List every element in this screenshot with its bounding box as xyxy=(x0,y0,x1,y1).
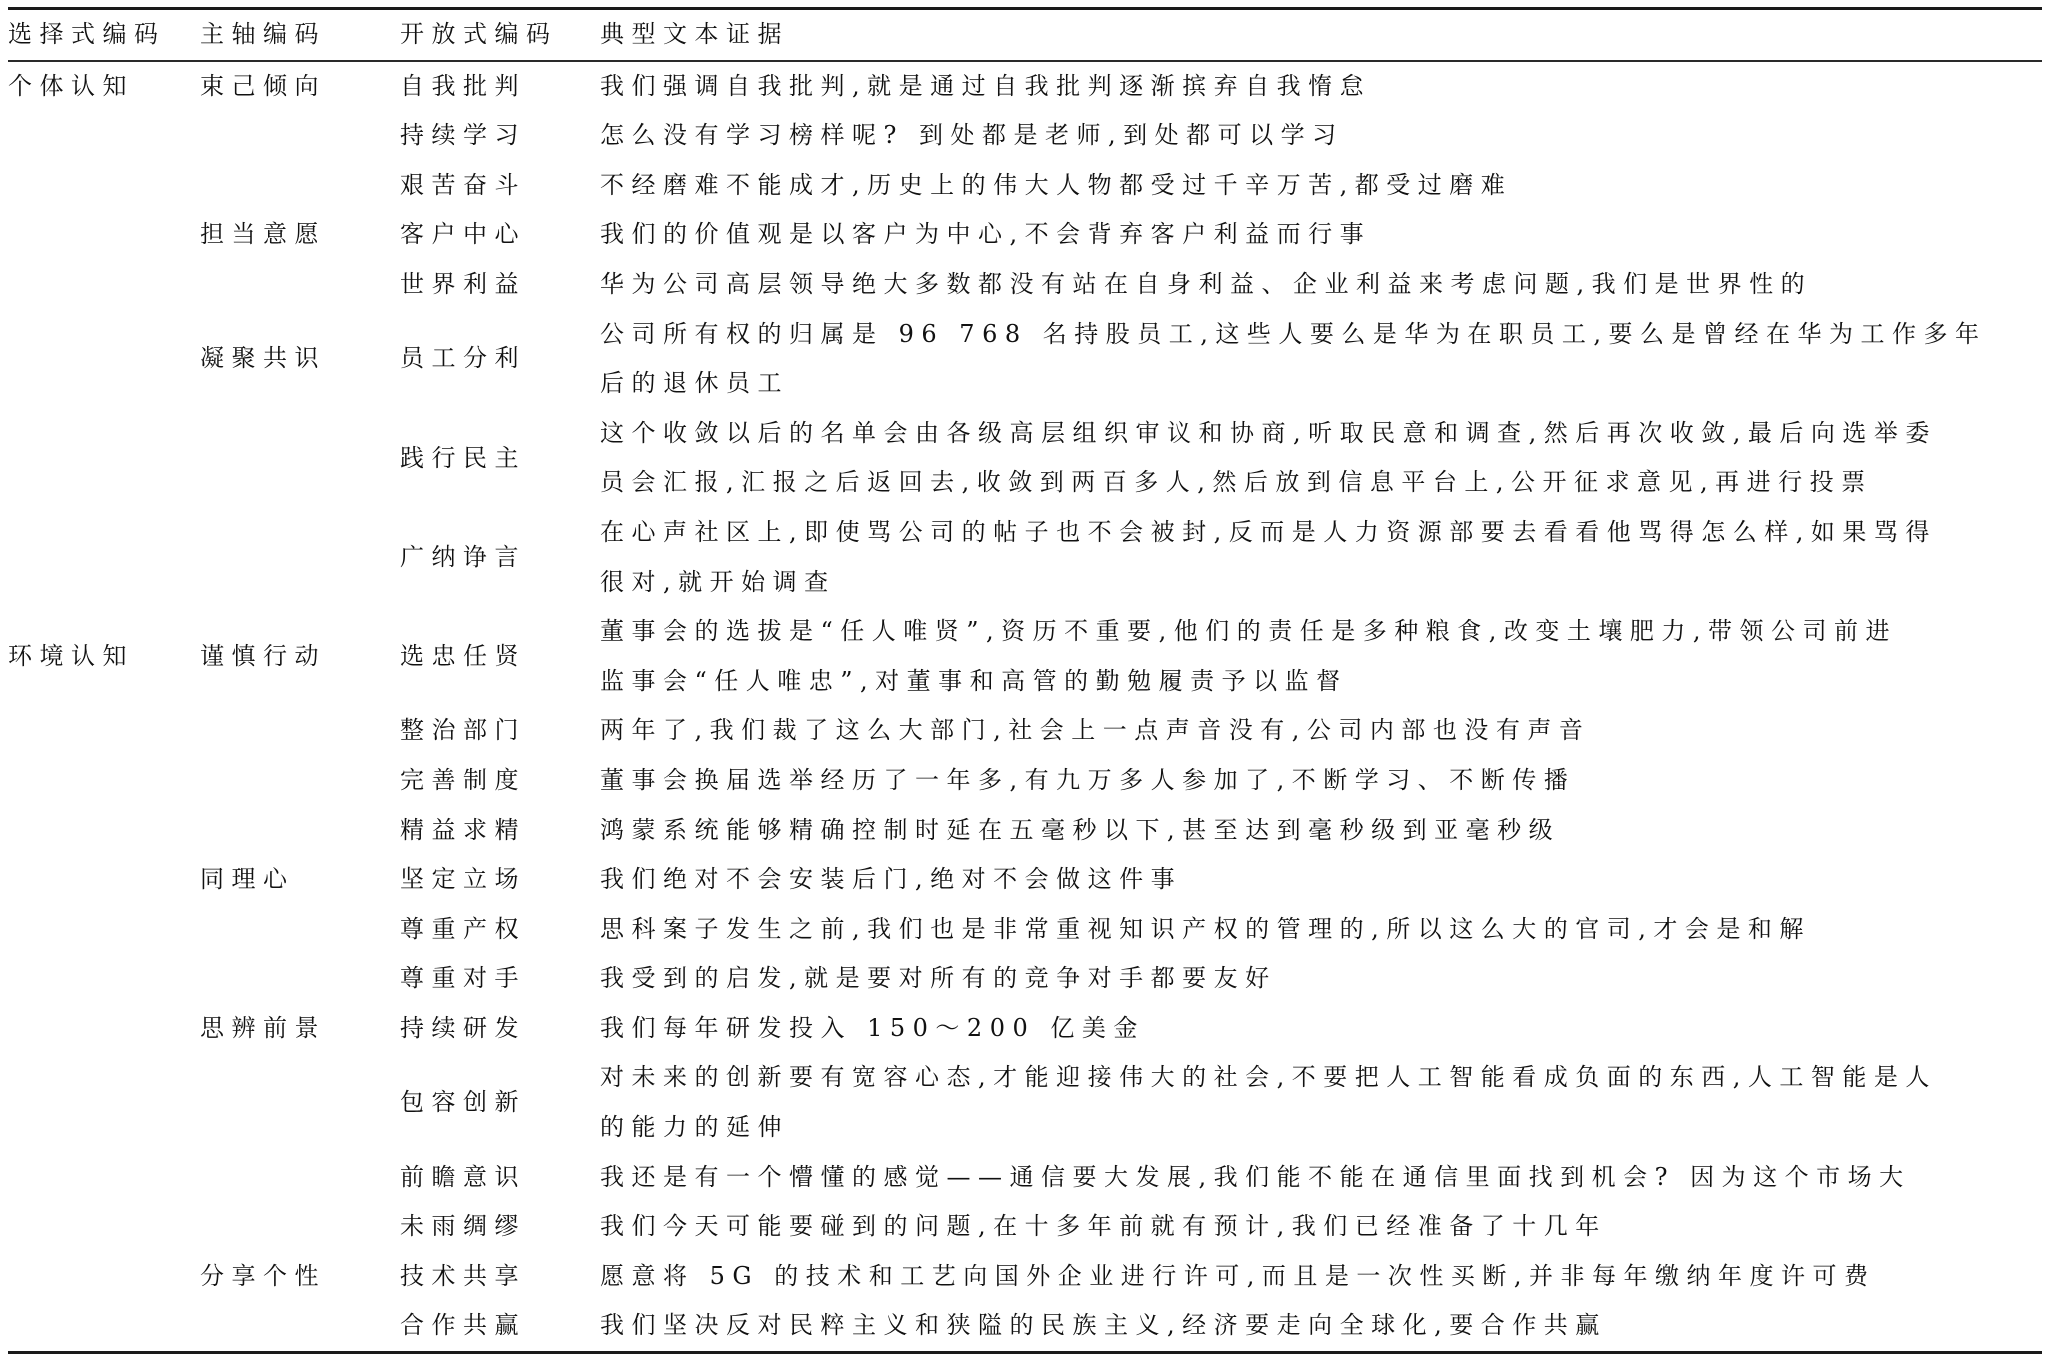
table-row: 凝聚共识员工分利公司所有权的归属是 96 768 名持股员工,这些人要么是华为在… xyxy=(8,310,2042,409)
evidence-cell: 思科案子发生之前,我们也是非常重视知识产权的管理的,所以这么大的官司,才会是和解 xyxy=(600,905,2042,955)
axial-code-cell xyxy=(200,954,400,1004)
table-header: 选择式编码 主轴编码 开放式编码 典型文本证据 xyxy=(8,10,2042,60)
evidence-cell: 华为公司高层领导绝大多数都没有站在自身利益、企业利益来考虑问题,我们是世界性的 xyxy=(600,260,2042,310)
evidence-line: 我们绝对不会安装后门,绝对不会做这件事 xyxy=(600,855,2042,905)
bottom-rule xyxy=(8,1351,2042,1354)
axial-code-cell xyxy=(200,508,400,607)
open-code-cell: 员工分利 xyxy=(400,310,600,409)
evidence-cell: 我们绝对不会安装后门,绝对不会做这件事 xyxy=(600,855,2042,905)
open-code-cell: 完善制度 xyxy=(400,756,600,806)
selective-code-cell xyxy=(8,855,200,905)
axial-code-cell xyxy=(200,161,400,211)
evidence-line: 我们每年研发投入 150～200 亿美金 xyxy=(600,1004,2042,1054)
table-row: 个体认知束己倾向自我批判我们强调自我批判,就是通过自我批判逐渐摈弃自我惰怠 xyxy=(8,62,2042,112)
selective-code-cell xyxy=(8,508,200,607)
evidence-line: 监事会“任人唯忠”,对董事和高管的勤勉履责予以监督 xyxy=(600,657,2042,707)
table-row: 持续学习怎么没有学习榜样呢? 到处都是老师,到处都可以学习 xyxy=(8,111,2042,161)
coding-table-body: 个体认知束己倾向自我批判我们强调自我批判,就是通过自我批判逐渐摈弃自我惰怠持续学… xyxy=(8,62,2042,1351)
selective-code-cell xyxy=(8,1053,200,1152)
table-row: 未雨绸缪我们今天可能要碰到的问题,在十多年前就有预计,我们已经准备了十几年 xyxy=(8,1202,2042,1252)
evidence-line: 员会汇报,汇报之后返回去,收敛到两百多人,然后放到信息平台上,公开征求意见,再进… xyxy=(600,458,2042,508)
axial-code-cell: 凝聚共识 xyxy=(200,310,400,409)
evidence-cell: 董事会的选拔是“任人唯贤”,资历不重要,他们的责任是多种粮食,改变土壤肥力,带领… xyxy=(600,607,2042,706)
header-selective-coding: 选择式编码 xyxy=(8,10,200,60)
evidence-line: 很对,就开始调查 xyxy=(600,558,2042,608)
evidence-line: 后的退休员工 xyxy=(600,359,2042,409)
evidence-cell: 董事会换届选举经历了一年多,有九万多人参加了,不断学习、不断传播 xyxy=(600,756,2042,806)
evidence-cell: 我们每年研发投入 150～200 亿美金 xyxy=(600,1004,2042,1054)
table-row: 广纳诤言在心声社区上,即使骂公司的帖子也不会被封,反而是人力资源部要去看看他骂得… xyxy=(8,508,2042,607)
table-row: 尊重对手我受到的启发,就是要对所有的竞争对手都要友好 xyxy=(8,954,2042,1004)
table-row: 尊重产权思科案子发生之前,我们也是非常重视知识产权的管理的,所以这么大的官司,才… xyxy=(8,905,2042,955)
header-row: 选择式编码 主轴编码 开放式编码 典型文本证据 xyxy=(8,10,2042,60)
header-axial-coding: 主轴编码 xyxy=(200,10,400,60)
selective-code-cell xyxy=(8,111,200,161)
coding-table-container: 选择式编码 主轴编码 开放式编码 典型文本证据 个体认知束己倾向自我批判我们强调… xyxy=(8,7,2042,1354)
table-body: 个体认知束己倾向自我批判我们强调自我批判,就是通过自我批判逐渐摈弃自我惰怠持续学… xyxy=(8,62,2042,1351)
table-row: 思辨前景持续研发我们每年研发投入 150～200 亿美金 xyxy=(8,1004,2042,1054)
selective-code-cell xyxy=(8,756,200,806)
open-code-cell: 践行民主 xyxy=(400,409,600,508)
evidence-line: 董事会的选拔是“任人唯贤”,资历不重要,他们的责任是多种粮食,改变土壤肥力,带领… xyxy=(600,607,2042,657)
table-row: 前瞻意识我还是有一个懵懂的感觉——通信要大发展,我们能不能在通信里面找到机会? … xyxy=(8,1153,2042,1203)
evidence-line: 我们的价值观是以客户为中心,不会背弃客户利益而行事 xyxy=(600,210,2042,260)
evidence-cell: 不经磨难不能成才,历史上的伟大人物都受过千辛万苦,都受过磨难 xyxy=(600,161,2042,211)
evidence-line: 不经磨难不能成才,历史上的伟大人物都受过千辛万苦,都受过磨难 xyxy=(600,161,2042,211)
table-row: 同理心坚定立场我们绝对不会安装后门,绝对不会做这件事 xyxy=(8,855,2042,905)
axial-code-cell: 分享个性 xyxy=(200,1252,400,1302)
selective-code-cell xyxy=(8,310,200,409)
table-row: 包容创新对未来的创新要有宽容心态,才能迎接伟大的社会,不要把人工智能看成负面的东… xyxy=(8,1053,2042,1152)
selective-code-cell xyxy=(8,1301,200,1351)
evidence-line: 董事会换届选举经历了一年多,有九万多人参加了,不断学习、不断传播 xyxy=(600,756,2042,806)
axial-code-cell xyxy=(200,706,400,756)
evidence-cell: 对未来的创新要有宽容心态,才能迎接伟大的社会,不要把人工智能看成负面的东西,人工… xyxy=(600,1053,2042,1152)
open-code-cell: 选忠任贤 xyxy=(400,607,600,706)
evidence-line: 对未来的创新要有宽容心态,才能迎接伟大的社会,不要把人工智能看成负面的东西,人工… xyxy=(600,1053,2042,1103)
evidence-cell: 我还是有一个懵懂的感觉——通信要大发展,我们能不能在通信里面找到机会? 因为这个… xyxy=(600,1153,2042,1203)
evidence-line: 华为公司高层领导绝大多数都没有站在自身利益、企业利益来考虑问题,我们是世界性的 xyxy=(600,260,2042,310)
selective-code-cell xyxy=(8,706,200,756)
open-code-cell: 世界利益 xyxy=(400,260,600,310)
axial-code-cell xyxy=(200,1153,400,1203)
evidence-cell: 我们强调自我批判,就是通过自我批判逐渐摈弃自我惰怠 xyxy=(600,62,2042,112)
evidence-line: 我们今天可能要碰到的问题,在十多年前就有预计,我们已经准备了十几年 xyxy=(600,1202,2042,1252)
evidence-line: 我受到的启发,就是要对所有的竞争对手都要友好 xyxy=(600,954,2042,1004)
open-code-cell: 整治部门 xyxy=(400,706,600,756)
evidence-line: 在心声社区上,即使骂公司的帖子也不会被封,反而是人力资源部要去看看他骂得怎么样,… xyxy=(600,508,2042,558)
evidence-line: 怎么没有学习榜样呢? 到处都是老师,到处都可以学习 xyxy=(600,111,2042,161)
table-row: 环境认知谨慎行动选忠任贤董事会的选拔是“任人唯贤”,资历不重要,他们的责任是多种… xyxy=(8,607,2042,706)
table-row: 合作共赢我们坚决反对民粹主义和狭隘的民族主义,经济要走向全球化,要合作共赢 xyxy=(8,1301,2042,1351)
axial-code-cell xyxy=(200,111,400,161)
evidence-cell: 我们坚决反对民粹主义和狭隘的民族主义,经济要走向全球化,要合作共赢 xyxy=(600,1301,2042,1351)
coding-table: 选择式编码 主轴编码 开放式编码 典型文本证据 xyxy=(8,10,2042,60)
axial-code-cell xyxy=(200,1202,400,1252)
open-code-cell: 未雨绸缪 xyxy=(400,1202,600,1252)
evidence-line: 思科案子发生之前,我们也是非常重视知识产权的管理的,所以这么大的官司,才会是和解 xyxy=(600,905,2042,955)
selective-code-cell xyxy=(8,409,200,508)
table-row: 完善制度董事会换届选举经历了一年多,有九万多人参加了,不断学习、不断传播 xyxy=(8,756,2042,806)
open-code-cell: 客户中心 xyxy=(400,210,600,260)
selective-code-cell xyxy=(8,806,200,856)
selective-code-cell: 个体认知 xyxy=(8,62,200,112)
selective-code-cell xyxy=(8,954,200,1004)
open-code-cell: 坚定立场 xyxy=(400,855,600,905)
axial-code-cell: 同理心 xyxy=(200,855,400,905)
evidence-line: 我还是有一个懵懂的感觉——通信要大发展,我们能不能在通信里面找到机会? 因为这个… xyxy=(600,1153,2042,1203)
header-open-coding: 开放式编码 xyxy=(400,10,600,60)
evidence-cell: 我们的价值观是以客户为中心,不会背弃客户利益而行事 xyxy=(600,210,2042,260)
evidence-line: 公司所有权的归属是 96 768 名持股员工,这些人要么是华为在职员工,要么是曾… xyxy=(600,310,2042,360)
evidence-cell: 公司所有权的归属是 96 768 名持股员工,这些人要么是华为在职员工,要么是曾… xyxy=(600,310,2042,409)
open-code-cell: 尊重对手 xyxy=(400,954,600,1004)
open-code-cell: 技术共享 xyxy=(400,1252,600,1302)
table-row: 精益求精鸿蒙系统能够精确控制时延在五毫秒以下,甚至达到毫秒级到亚毫秒级 xyxy=(8,806,2042,856)
evidence-cell: 鸿蒙系统能够精确控制时延在五毫秒以下,甚至达到毫秒级到亚毫秒级 xyxy=(600,806,2042,856)
selective-code-cell xyxy=(8,1202,200,1252)
evidence-line: 我们坚决反对民粹主义和狭隘的民族主义,经济要走向全球化,要合作共赢 xyxy=(600,1301,2042,1351)
selective-code-cell xyxy=(8,260,200,310)
table-row: 整治部门两年了,我们裁了这么大部门,社会上一点声音没有,公司内部也没有声音 xyxy=(8,706,2042,756)
axial-code-cell: 担当意愿 xyxy=(200,210,400,260)
axial-code-cell: 思辨前景 xyxy=(200,1004,400,1054)
evidence-cell: 这个收敛以后的名单会由各级高层组织审议和协商,听取民意和调查,然后再次收敛,最后… xyxy=(600,409,2042,508)
open-code-cell: 持续学习 xyxy=(400,111,600,161)
evidence-line: 愿意将 5G 的技术和工艺向国外企业进行许可,而且是一次性买断,并非每年缴纳年度… xyxy=(600,1252,2042,1302)
selective-code-cell xyxy=(8,905,200,955)
axial-code-cell xyxy=(200,1301,400,1351)
evidence-cell: 我受到的启发,就是要对所有的竞争对手都要友好 xyxy=(600,954,2042,1004)
selective-code-cell: 环境认知 xyxy=(8,607,200,706)
evidence-line: 这个收敛以后的名单会由各级高层组织审议和协商,听取民意和调查,然后再次收敛,最后… xyxy=(600,409,2042,459)
header-text-evidence: 典型文本证据 xyxy=(600,10,2042,60)
axial-code-cell xyxy=(200,905,400,955)
evidence-line: 两年了,我们裁了这么大部门,社会上一点声音没有,公司内部也没有声音 xyxy=(600,706,2042,756)
evidence-line: 我们强调自我批判,就是通过自我批判逐渐摈弃自我惰怠 xyxy=(600,62,2042,112)
evidence-cell: 两年了,我们裁了这么大部门,社会上一点声音没有,公司内部也没有声音 xyxy=(600,706,2042,756)
selective-code-cell xyxy=(8,1252,200,1302)
axial-code-cell xyxy=(200,806,400,856)
evidence-cell: 愿意将 5G 的技术和工艺向国外企业进行许可,而且是一次性买断,并非每年缴纳年度… xyxy=(600,1252,2042,1302)
selective-code-cell xyxy=(8,210,200,260)
open-code-cell: 精益求精 xyxy=(400,806,600,856)
evidence-cell: 我们今天可能要碰到的问题,在十多年前就有预计,我们已经准备了十几年 xyxy=(600,1202,2042,1252)
evidence-line: 鸿蒙系统能够精确控制时延在五毫秒以下,甚至达到毫秒级到亚毫秒级 xyxy=(600,806,2042,856)
open-code-cell: 广纳诤言 xyxy=(400,508,600,607)
selective-code-cell xyxy=(8,161,200,211)
axial-code-cell: 束己倾向 xyxy=(200,62,400,112)
open-code-cell: 合作共赢 xyxy=(400,1301,600,1351)
open-code-cell: 自我批判 xyxy=(400,62,600,112)
axial-code-cell xyxy=(200,756,400,806)
selective-code-cell xyxy=(8,1153,200,1203)
open-code-cell: 前瞻意识 xyxy=(400,1153,600,1203)
table-row: 分享个性技术共享愿意将 5G 的技术和工艺向国外企业进行许可,而且是一次性买断,… xyxy=(8,1252,2042,1302)
axial-code-cell: 谨慎行动 xyxy=(200,607,400,706)
open-code-cell: 艰苦奋斗 xyxy=(400,161,600,211)
table-row: 世界利益华为公司高层领导绝大多数都没有站在自身利益、企业利益来考虑问题,我们是世… xyxy=(8,260,2042,310)
open-code-cell: 包容创新 xyxy=(400,1053,600,1152)
evidence-line: 的能力的延伸 xyxy=(600,1103,2042,1153)
axial-code-cell xyxy=(200,1053,400,1152)
evidence-cell: 怎么没有学习榜样呢? 到处都是老师,到处都可以学习 xyxy=(600,111,2042,161)
selective-code-cell xyxy=(8,1004,200,1054)
open-code-cell: 持续研发 xyxy=(400,1004,600,1054)
axial-code-cell xyxy=(200,409,400,508)
axial-code-cell xyxy=(200,260,400,310)
table-row: 践行民主这个收敛以后的名单会由各级高层组织审议和协商,听取民意和调查,然后再次收… xyxy=(8,409,2042,508)
table-row: 担当意愿客户中心我们的价值观是以客户为中心,不会背弃客户利益而行事 xyxy=(8,210,2042,260)
open-code-cell: 尊重产权 xyxy=(400,905,600,955)
evidence-cell: 在心声社区上,即使骂公司的帖子也不会被封,反而是人力资源部要去看看他骂得怎么样,… xyxy=(600,508,2042,607)
table-row: 艰苦奋斗不经磨难不能成才,历史上的伟大人物都受过千辛万苦,都受过磨难 xyxy=(8,161,2042,211)
